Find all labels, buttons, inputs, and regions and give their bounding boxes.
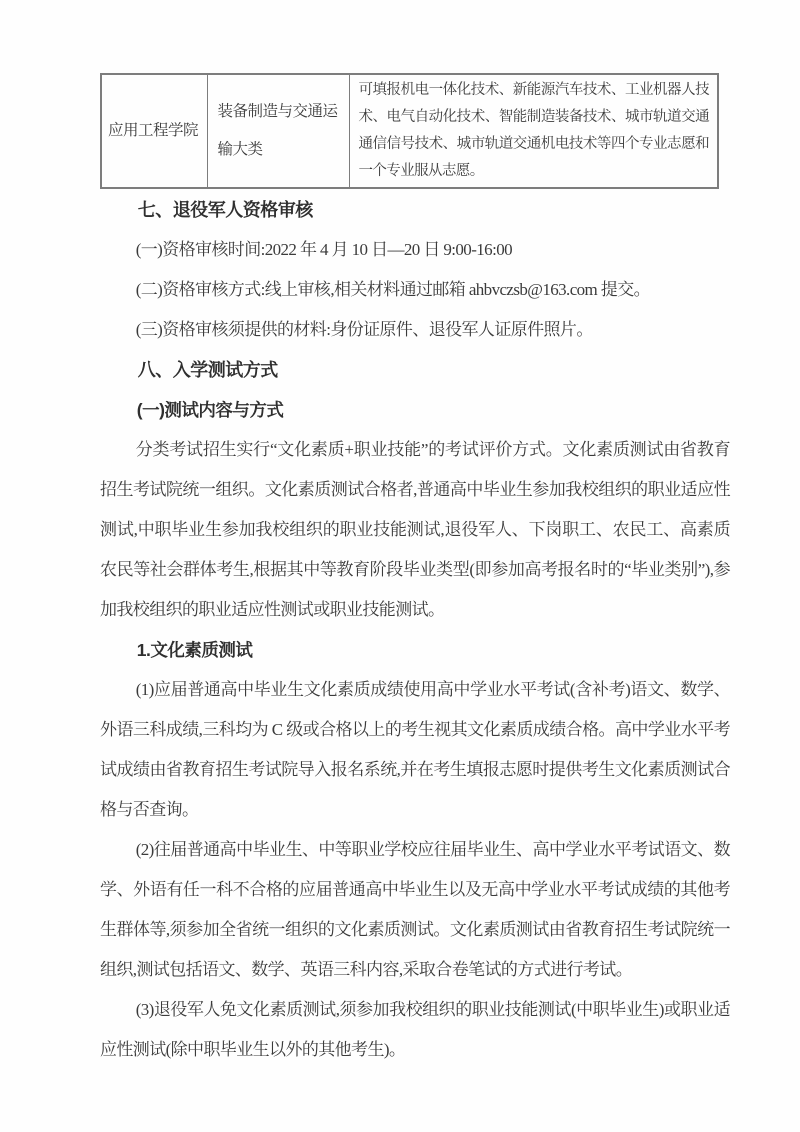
majors-table-wrapper: 应用工程学院 装备制造与交通运输大类 可填报机电一体化技术、新能源汽车技术、工业… [100, 73, 717, 189]
document-page: 应用工程学院 装备制造与交通运输大类 可填报机电一体化技术、新能源汽车技术、工业… [0, 0, 800, 1132]
culture-test-paragraph-3: (3)退役军人免文化素质测试,须参加我校组织的职业技能测试(中职毕业生)或职业适… [100, 990, 730, 1070]
culture-test-paragraph-1: (1)应届普通高中毕业生文化素质成绩使用高中学业水平考试(含补考)语文、数学、外… [100, 670, 730, 830]
section7-item-materials: (三)资格审核须提供的材料:身份证原件、退役军人证原件照片。 [100, 310, 730, 350]
culture-test-title: 1.文化素质测试 [100, 630, 730, 670]
majors-table: 应用工程学院 装备制造与交通运输大类 可填报机电一体化技术、新能源汽车技术、工业… [100, 73, 719, 189]
section7-title: 七、退役军人资格审核 [100, 190, 730, 230]
section8-title: 八、入学测试方式 [100, 350, 730, 390]
section7-item-method: (二)资格审核方式:线上审核,相关材料通过邮箱 ahbvczsb@163.com… [100, 270, 730, 310]
section8-sub1-title: (一)测试内容与方式 [100, 390, 730, 430]
culture-test-paragraph-2: (2)往届普通高中毕业生、中等职业学校应往届毕业生、高中学业水平考试语文、数学、… [100, 830, 730, 990]
section8-sub1-paragraph: 分类考试招生实行“文化素质+职业技能”的考试评价方式。文化素质测试由省教育招生考… [100, 430, 730, 630]
category-cell: 装备制造与交通运输大类 [207, 74, 349, 188]
majors-cell: 可填报机电一体化技术、新能源汽车技术、工业机器人技术、电气自动化技术、智能制造装… [349, 74, 718, 188]
college-cell: 应用工程学院 [101, 74, 207, 188]
section7-item-time: (一)资格审核时间:2022 年 4 月 10 日—20 日 9:00-16:0… [100, 230, 730, 270]
document-body: 七、退役军人资格审核 (一)资格审核时间:2022 年 4 月 10 日—20 … [100, 190, 730, 1070]
table-row: 应用工程学院 装备制造与交通运输大类 可填报机电一体化技术、新能源汽车技术、工业… [101, 74, 718, 188]
